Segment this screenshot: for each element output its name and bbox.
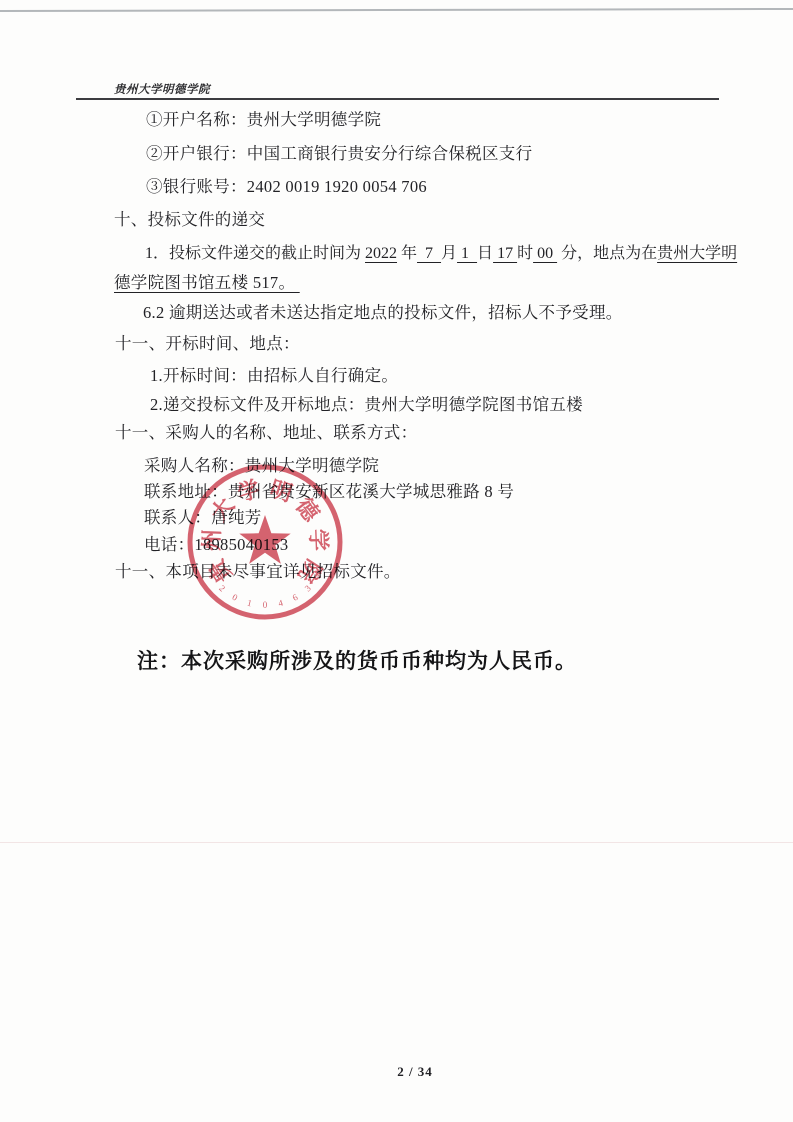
opening-place-line: 2.递交投标文件及开标地点：贵州大学明德学院图书馆五楼 — [150, 394, 583, 416]
scan-artifact-line-middle — [0, 842, 793, 843]
svg-text:0: 0 — [263, 600, 268, 610]
svg-text:学: 学 — [235, 476, 264, 506]
svg-text:大: 大 — [206, 493, 239, 526]
deadline-segment: 1．投标文件递交的截止时间为 — [145, 245, 365, 262]
svg-text:学: 学 — [306, 529, 332, 552]
bank-account-name-line: ①开户名称：贵州大学明德学院 — [146, 109, 381, 131]
section-opening-heading: 十一、开标时间、地点： — [115, 333, 300, 355]
svg-text:院: 院 — [293, 555, 326, 587]
svg-text:贵: 贵 — [203, 553, 237, 587]
scan-artifact-line-top — [0, 8, 793, 12]
submission-deadline-line1: 1．投标文件递交的截止时间为 2022 年 7 月 1 日 17 时 00 分，… — [145, 243, 737, 265]
svg-text:0: 0 — [231, 592, 240, 603]
deadline-segment: 年 — [397, 245, 417, 262]
deadline-segment-day: 1 — [457, 245, 477, 262]
deadline-segment-minute: 00 — [533, 245, 557, 262]
bank-account-number-line: ③银行账号：2402 0019 1920 0054 706 — [146, 176, 427, 198]
header-rule — [76, 98, 719, 100]
deadline-segment: 分，地点为在 — [557, 245, 657, 262]
opening-time-line: 1.开标时间：由招标人自行确定。 — [150, 365, 398, 387]
deadline-segment-place: 贵州大学明 — [657, 245, 737, 262]
deadline-segment: 月 — [441, 245, 457, 262]
late-delivery-line: 6.2 逾期送达或者未送达指定地点的投标文件，招标人不予受理。 — [143, 302, 623, 324]
svg-text:1: 1 — [246, 598, 253, 609]
submission-deadline-line2: 德学院图书馆五楼 517。 — [114, 272, 300, 294]
svg-text:4: 4 — [277, 598, 284, 609]
deadline-segment: 时 — [517, 245, 533, 262]
svg-text:德: 德 — [291, 493, 325, 526]
deadline-segment-hour: 17 — [493, 245, 517, 262]
page-number: 2 / 34 — [340, 1064, 490, 1080]
running-header: 贵州大学明德学院 — [114, 81, 210, 97]
scanned-document-page: 贵州大学明德学院 ①开户名称：贵州大学明德学院 ②开户银行：中国工商银行贵安分行… — [0, 0, 793, 1122]
svg-text:明: 明 — [267, 476, 296, 506]
official-seal-graphic: 贵州大学明德学院 520104634 — [185, 462, 345, 622]
official-seal: 贵州大学明德学院 520104634 — [185, 426, 345, 586]
deadline-segment-year: 2022 — [365, 245, 397, 262]
section-submission-heading: 十、投标文件的递交 — [114, 209, 265, 231]
svg-text:6: 6 — [291, 592, 300, 603]
deadline-segment: 日 — [477, 245, 493, 262]
seal-star-icon — [239, 515, 290, 564]
bank-name-line: ②开户银行：中国工商银行贵安分行综合保税区支行 — [146, 143, 532, 165]
svg-text:州: 州 — [199, 529, 225, 552]
deadline-segment-month: 7 — [417, 245, 441, 262]
